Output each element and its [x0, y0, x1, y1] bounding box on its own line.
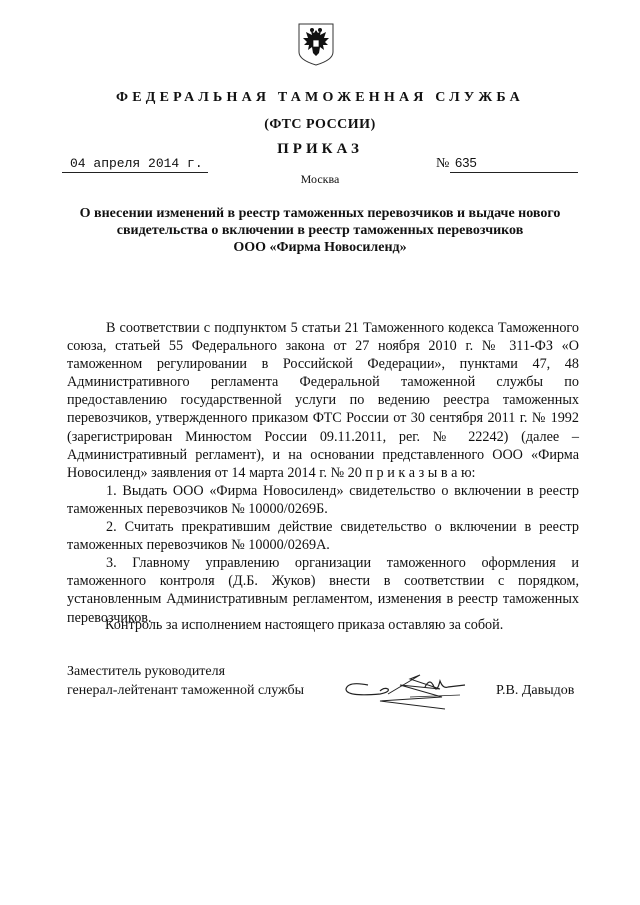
order-body: В соответствии с подпунктом 5 статьи 21 … [67, 319, 579, 627]
subject-line: ООО «Фирма Новосиленд» [70, 239, 570, 256]
russian-coat-of-arms-icon [297, 22, 335, 66]
order-item-2: 2. Считать прекратившим действие свидете… [67, 518, 579, 554]
preamble-paragraph: В соответствии с подпунктом 5 статьи 21 … [67, 319, 579, 482]
agency-short-name: (ФТС РОССИИ) [0, 117, 640, 133]
city: Москва [0, 172, 640, 187]
order-date: 04 апреля 2014 г. [62, 156, 208, 173]
handwritten-signature [340, 667, 490, 712]
signer-position-line1: Заместитель руководителя [67, 664, 225, 680]
subject-line: свидетельства о включении в реестр тамож… [70, 222, 570, 239]
order-item-3: 3. Главному управлению организации тамож… [67, 554, 579, 626]
signer-position-line2: генерал-лейтенант таможенной службы [67, 683, 304, 699]
control-clause: Контроль за исполнением настоящего прика… [105, 617, 503, 634]
order-subject: О внесении изменений в реестр таможенных… [70, 205, 570, 256]
order-number-label: № [436, 156, 449, 172]
subject-line: О внесении изменений в реестр таможенных… [70, 205, 570, 222]
order-number: 635 [455, 155, 477, 170]
agency-name: ФЕДЕРАЛЬНАЯ ТАМОЖЕННАЯ СЛУЖБА [0, 90, 640, 106]
signer-name: Р.В. Давыдов [496, 683, 574, 699]
order-item-1: 1. Выдать ООО «Фирма Новосиленд» свидете… [67, 482, 579, 518]
